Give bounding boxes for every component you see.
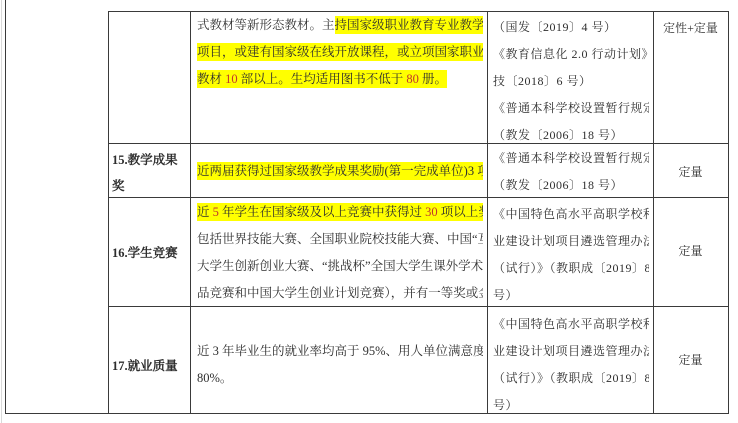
policy-basis-line: 《中国特色高水平高职学校和专 (493, 201, 649, 228)
indicator-label-row-1: 15.教学成果奖 (112, 147, 186, 199)
criteria-text-row-2: 近 5 年学生在国家级及以上竞赛中获得过 30 项以上奖励（仅包括世界技能大赛、… (197, 199, 483, 307)
indicator-label-line: 15.教学成果 (112, 147, 186, 173)
table-left-border (5, 0, 6, 413)
evaluation-type-row-2: 定量 (653, 242, 728, 260)
criteria-text-row-3: 近 3 年毕业生的就业率均高于 95%、用人单位满意度均高于80%。 (197, 338, 483, 392)
highlighted-text: 项目，或建有国家级在线开放课程，或立项国家职业教育规划 (197, 43, 483, 61)
page-edge-line (1, 0, 2, 423)
criteria-text-row-1: 近两届获得过国家级教学成果奖励(第一完成单位)3 项以上。 (197, 158, 483, 185)
plain-text: 包括世界技能大赛、全国职业院校技能大赛、中国“互联网+” (197, 232, 483, 246)
policy-basis-row-2: 《中国特色高水平高职学校和专业建设计划项目遴选管理办法（试行）》（教职成〔201… (493, 201, 649, 309)
criteria-line: 教材 10 部以上。生均适用图书不低于 80 册。 (197, 66, 483, 93)
highlighted-text: 教材 (197, 70, 225, 88)
policy-basis-line: 《教育信息化 2.0 行动计划》（教 (493, 41, 649, 68)
criteria-line: 品竞赛和中国大学生创业计划竞赛），并有一等奖或金奖。 (197, 280, 483, 307)
criteria-line: 大学生创新创业大赛、“挑战杯”全国大学生课外学术科技作 (197, 253, 483, 280)
policy-basis-line: 《普通本科学校设置暂行规定》 (493, 145, 649, 172)
highlighted-text: 持国家级职业教育专业教学资源库 (335, 16, 483, 34)
plain-text: 大学生创新创业大赛、“挑战杯”全国大学生课外学术科技作 (197, 259, 483, 273)
criteria-line: 近 5 年学生在国家级及以上竞赛中获得过 30 项以上奖励（仅 (197, 199, 483, 226)
policy-basis-row-1: 《普通本科学校设置暂行规定》（教发〔2006〕18 号） (493, 145, 649, 199)
criteria-line: 项目，或建有国家级在线开放课程，或立项国家职业教育规划 (197, 39, 483, 66)
document-page: 式教材等新形态教材。主持国家级职业教育专业教学资源库项目，或建有国家级在线开放课… (0, 0, 738, 423)
criteria-line: 近两届获得过国家级教学成果奖励(第一完成单位)3 项以上。 (197, 158, 483, 185)
indicator-label-row-3: 17.就业质量 (112, 353, 186, 379)
highlighted-text: 年学生在国家级及以上竞赛中获得过 (219, 203, 425, 221)
criteria-line: 近 3 年毕业生的就业率均高于 95%、用人单位满意度均高于 (197, 338, 483, 365)
highlighted-text: 部以上。生均适用图书不低于 (238, 70, 407, 88)
policy-basis-row-3: 《中国特色高水平高职学校和专业建设计划项目遴选管理办法（试行）》（教职成〔201… (493, 311, 649, 419)
policy-basis-row-0: （国发〔2019〕4 号）《教育信息化 2.0 行动计划》（教技〔2018〕6 … (493, 14, 649, 149)
policy-basis-line: （试行）》（教职成〔2019〕8 (493, 365, 649, 392)
plain-text: 式教材等新形态教材。主 (197, 18, 335, 32)
policy-basis-line: 《普通本科学校设置暂行规定》 (493, 95, 649, 122)
policy-basis-line: （试行）》（教职成〔2019〕8 (493, 255, 649, 282)
plain-text: 80%。 (197, 371, 232, 385)
policy-basis-line: （国发〔2019〕4 号） (493, 14, 649, 41)
highlighted-text: 5 (213, 203, 219, 221)
col-criteria-left-border (190, 11, 191, 413)
indicator-label-line: 奖 (112, 173, 186, 199)
policy-basis-line: 技〔2018〕6 号） (493, 68, 649, 95)
highlighted-text: 30 (425, 203, 438, 221)
evaluation-type-row-3: 定量 (653, 351, 728, 369)
criteria-line: 80%。 (197, 365, 483, 392)
indicator-label-line: 16.学生竞赛 (112, 240, 186, 266)
policy-basis-line: 号） (493, 282, 649, 309)
policy-basis-line: 业建设计划项目遴选管理办法 (493, 228, 649, 255)
criteria-text-row-0: 式教材等新形态教材。主持国家级职业教育专业教学资源库项目，或建有国家级在线开放课… (197, 12, 483, 93)
highlighted-text: 10 (225, 70, 238, 88)
plain-text: 近 3 年毕业生的就业率均高于 95%、用人单位满意度均高于 (197, 344, 483, 358)
policy-basis-line: 《中国特色高水平高职学校和专 (493, 311, 649, 338)
criteria-line: 式教材等新形态教材。主持国家级职业教育专业教学资源库 (197, 12, 483, 39)
col-indicator-left-border (108, 11, 109, 413)
indicator-label-row-2: 16.学生竞赛 (112, 240, 186, 266)
highlighted-text: 册。 (419, 70, 447, 88)
indicator-label-line: 17.就业质量 (112, 353, 186, 379)
highlighted-text: 项以上奖励 (438, 203, 483, 221)
highlighted-text: 近两届获得过国家级教学成果奖励(第一完成单位)3 项以上。 (197, 162, 483, 180)
highlighted-text: 80 (406, 70, 419, 88)
table-right-border (728, 11, 729, 413)
evaluation-type-row-0: 定性+定量 (653, 19, 728, 37)
policy-basis-line: 号） (493, 392, 649, 419)
evaluation-type-row-1: 定量 (653, 163, 728, 181)
policy-basis-line: （教发〔2006〕18 号） (493, 172, 649, 199)
criteria-line: 包括世界技能大赛、全国职业院校技能大赛、中国“互联网+” (197, 226, 483, 253)
policy-basis-line: 业建设计划项目遴选管理办法 (493, 338, 649, 365)
col-policy-left-border (487, 11, 488, 413)
plain-text: 品竞赛和中国大学生创业计划竞赛），并有一等奖或金奖。 (197, 286, 483, 300)
highlighted-text: 近 (197, 203, 213, 221)
